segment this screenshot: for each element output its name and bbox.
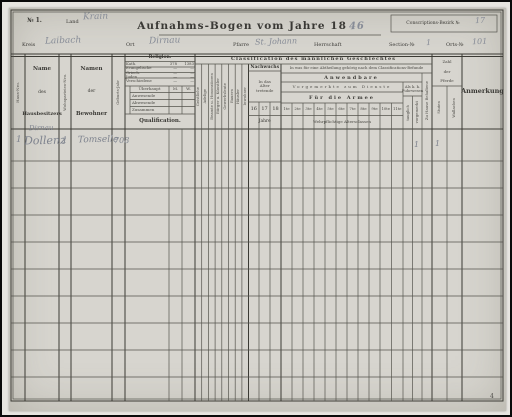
age-class-2: 2te — [292, 103, 303, 116]
orts-label: Orts-№ — [446, 42, 464, 48]
column-zuhause: Zu Hause Behaltene — [422, 73, 432, 129]
summary-row-anwesende: Anwesende — [132, 94, 155, 99]
age-class-7: 7te — [347, 103, 358, 116]
form-title-text: Aufnahms-Bogen vom Jahre 18 — [137, 20, 347, 32]
age-class-10: 10te — [380, 103, 392, 116]
column-hausbesitzer: Name des Hausbesitzers — [25, 58, 59, 126]
class-col-beamte: Beamte u. Honoratioren — [208, 65, 215, 128]
summary-col-w: W. — [182, 86, 195, 93]
row1-wohnpartei: 1 — [62, 136, 68, 146]
column-hausbesitzer-l1: Name — [33, 66, 51, 73]
row1-geburtsjahr: 708 — [114, 136, 129, 145]
kreis-value-handwriting: Laibach — [45, 35, 82, 46]
class-col-buerger: Bürger u. Künstler — [215, 65, 222, 128]
nachwuchs-age-17: 17 — [259, 102, 270, 116]
orts-value-handwriting: 101 — [472, 37, 488, 47]
nachwuchs-desc: In dasAltertretende — [249, 72, 282, 101]
column-bewohner-l3: Bewohner — [76, 111, 107, 118]
herrschaft-label: Herrschaft — [314, 42, 342, 48]
column-bewohner-l2: der — [88, 89, 96, 94]
fuhrwesen-title: Als k. k. Fuhrwesen — [403, 82, 422, 96]
age-class-4: 4te — [314, 103, 325, 116]
ort-label: Ort — [126, 42, 135, 48]
age-class-1: 1te — [281, 103, 292, 116]
section-label: Section-№ — [389, 42, 414, 48]
class-col-bauern: Bauern — [229, 65, 236, 128]
class-col-geistliche: Geistliche — [195, 65, 202, 128]
sheet-number: № 1. — [27, 17, 42, 24]
age-class-3: 3te — [303, 103, 314, 116]
vorgemerkte-header: Vorgemerkte zum Dienste — [281, 82, 403, 92]
scan-background: № 1. Land Krain Aufnahms-Bogen vom Jahre… — [0, 0, 512, 417]
bezirk-label: Conscriptions-Bezirk № — [393, 21, 473, 26]
class-col-adelige: Adelige — [202, 65, 209, 128]
summary-row-zusammen: Zusammen — [132, 108, 154, 113]
kreis-label: Kreis — [22, 42, 35, 48]
anmerkung-header: Anmerkung — [462, 54, 503, 129]
fuhrwesen-col-tauglich: tauglich — [403, 96, 413, 129]
religion-row: Verschiedene—— — [126, 79, 194, 83]
pfarre-label: Pfarre — [233, 42, 249, 48]
form-title: Aufnahms-Bogen vom Jahre 1846 — [127, 20, 375, 32]
age-class-9: 9te — [369, 103, 380, 116]
age-class-5: 5te — [325, 103, 336, 116]
pferde-col-wallachen: Wallachen — [447, 86, 462, 129]
summary-row-abwesende: Abwesende — [132, 101, 155, 106]
summary-col-m: M. — [169, 86, 182, 93]
pferde-col-stuten: Stuten — [432, 86, 447, 129]
column-hausbesitzer-l3: Hausbesitzers — [22, 111, 62, 117]
qualification-label: Qualification. — [125, 115, 195, 128]
age-class-6: 6te — [336, 103, 347, 116]
age-class-8: 8te — [358, 103, 369, 116]
column-geburtsjahr: Geburts-Jahr — [112, 56, 125, 128]
bezirk-value-handwriting: 17 — [475, 16, 485, 25]
class-col-inwohner: Inwohner — [242, 65, 249, 128]
age-footer: Wehrpflichtige Altersclassen — [281, 116, 403, 129]
nachwuchs-age-18: 18 — [270, 102, 281, 116]
nachwuchs-title: Nachwuchs — [249, 64, 282, 71]
class-col-haeusler: Häusler — [235, 65, 242, 128]
form-year-handwriting: 46 — [349, 20, 365, 32]
armee-header: Für die Armee — [281, 92, 403, 103]
class-col-gewerbsleute: Gewerbsleute — [222, 65, 229, 128]
locality-handwriting: Dirnau — [29, 124, 54, 132]
row1-tick-2: 1 — [435, 139, 440, 148]
religion-rows: Kath.3781383 Evangelische—— Griech.—— Ju… — [126, 62, 194, 86]
fuhrwesen-col-vorgemerkt: vorgemerkt — [413, 96, 423, 129]
land-label: Land — [66, 19, 79, 25]
nachwuchs-age-16: 16 — [249, 102, 260, 116]
row1-haus-no: 1 — [16, 135, 22, 145]
column-hausbesitzer-l2: des — [38, 90, 46, 95]
corner-mark: 4 — [490, 393, 494, 400]
row1-owner-name: Dollenz — [24, 134, 66, 148]
pfarre-value-handwriting: St. Johann — [255, 36, 297, 46]
summary-header: Überhaupt — [130, 86, 169, 93]
land-value-handwriting: Krain — [83, 12, 108, 23]
abtheilung-header: In was für eine Abtheilung gehörig nach … — [281, 65, 432, 73]
pferde-title: ZahlderPferde — [432, 58, 462, 86]
census-form-sheet: № 1. Land Krain Aufnahms-Bogen vom Jahre… — [9, 8, 506, 411]
column-bewohner: Namen der Bewohner — [71, 58, 112, 126]
row1-bewohner-name: Tomselle — [78, 135, 118, 146]
classification-title: Classification des männlichen Geschlecht… — [195, 55, 432, 63]
column-bewohner-l1: Namen — [81, 66, 103, 73]
column-wohnpartei-nro: Wohnparteien-Nro. — [59, 56, 71, 128]
row1-tick-1: 1 — [414, 140, 419, 149]
anwendbare-header: Anwendbare — [281, 73, 422, 82]
age-class-11: 11te — [392, 103, 404, 116]
section-value-handwriting: 1 — [426, 38, 431, 47]
nachwuchs-unit: Jahre — [249, 116, 282, 129]
ort-value-handwriting: Dirnau — [149, 35, 181, 46]
